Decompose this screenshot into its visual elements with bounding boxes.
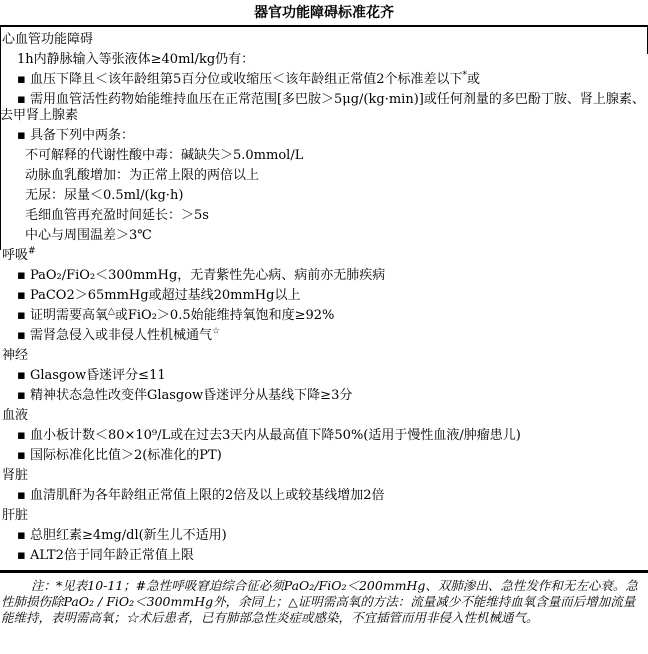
text-run: ▪ 血清肌酐为各年龄组正常值上限的2倍及以上或较基线增加2倍 <box>17 488 385 503</box>
text-run: ▪ 国际标准化比值＞2(标准化的PT) <box>17 448 222 463</box>
text-run: ▪ 血小板计数＜80×10⁹/L或在过去3天内从最高值下降50%(适用于慢性血液… <box>17 428 521 443</box>
text-run: 毛细血管再充盈时间延长：＞5s <box>25 208 209 223</box>
text-run: 呼吸 <box>2 248 28 263</box>
text-run: 中心与周围温差＞3℃ <box>25 228 152 243</box>
table-row: 无尿：尿量＜0.5ml/(kg·h) <box>0 188 646 204</box>
text-run: ▪ 精神状态急性改变伴Glasgow昏迷评分从基线下降≥3分 <box>17 388 352 403</box>
text-run: 1h内静脉输入等张液体≥40ml/kg仍有： <box>17 52 254 67</box>
text-run: ▪ 需肾急侵入或非侵人性机械通气 <box>17 328 212 343</box>
text-run: ▪ ALT2倍于同年龄正常值上限 <box>17 548 194 563</box>
table-row: ▪ Glasgow昏迷评分≤11 <box>0 368 646 384</box>
table-row: 不可解释的代谢性酸中毒：碱缺失＞5.0mmol/L <box>0 148 646 164</box>
text-run: ▪ PaCO2＞65mmHg或超过基线20mmHg以上 <box>17 288 300 303</box>
table-row: ▪ 需用血管活性药物始能维持血压在正常范围[多巴胺＞5μg/(kg·min)]或… <box>0 92 646 124</box>
superscript-marker: # <box>28 247 36 257</box>
table-row: 肝脏 <box>0 508 646 524</box>
criteria-rows: 心血管功能障碍1h内静脉输入等张液体≥40ml/kg仍有：▪ 血压下降且＜该年龄… <box>0 32 646 564</box>
table-row: 呼吸# <box>0 248 646 264</box>
text-run: ▪ 总胆红素≥4mg/dl(新生儿不适用) <box>17 528 227 543</box>
text-run: ▪ 证明需要高氧 <box>17 308 108 323</box>
table-row: 中心与周围温差＞3℃ <box>0 228 646 244</box>
left-border-artifact <box>0 26 1 250</box>
text-run: 动脉血乳酸增加：为正常上限的两倍以上 <box>25 168 259 183</box>
text-run: ▪ PaO₂/FiO₂＜300mmHg，无青紫性先心病、病前亦无肺疾病 <box>17 268 385 283</box>
text-run: 无尿：尿量＜0.5ml/(kg·h) <box>25 188 183 203</box>
table-row: 血液 <box>0 408 646 424</box>
text-run: 不可解释的代谢性酸中毒：碱缺失＞5.0mmol/L <box>25 148 303 163</box>
text-run: 血液 <box>2 408 28 423</box>
text-run: 心血管功能障碍 <box>2 32 93 47</box>
page-title: 器官功能障碍标准花齐 <box>0 0 648 23</box>
text-run: 肾脏 <box>2 468 28 483</box>
superscript-marker: △ <box>108 307 115 317</box>
table-row: 动脉血乳酸增加：为正常上限的两倍以上 <box>0 168 646 184</box>
document-page: 器官功能障碍标准花齐 心血管功能障碍1h内静脉输入等张液体≥40ml/kg仍有：… <box>0 0 648 654</box>
table-row: ▪ 血压下降且＜该年龄组第5百分位或收缩压＜该年龄组正常值2个标准差以下*或 <box>0 72 646 88</box>
table-row: ▪ PaCO2＞65mmHg或超过基线20mmHg以上 <box>0 288 646 304</box>
text-run: 肝脏 <box>2 508 28 523</box>
footnote: 注：*见表10-11；#急性呼吸窘迫综合征必须PaO₂/FiO₂＜200mmHg… <box>1 578 647 626</box>
table-row: ▪ 总胆红素≥4mg/dl(新生儿不适用) <box>0 528 646 544</box>
table-row: 神经 <box>0 348 646 364</box>
table-row: 肾脏 <box>0 468 646 484</box>
footnote-run: 注：*见表10-11；#急性呼吸窘迫综合征必须PaO₂/FiO₂＜200mmHg… <box>1 578 638 625</box>
table-row: ▪ 精神状态急性改变伴Glasgow昏迷评分从基线下降≥3分 <box>0 388 646 404</box>
text-run: 或 <box>467 72 480 87</box>
text-run: 神经 <box>2 348 28 363</box>
table-row: ▪ 证明需要高氧△或FiO₂＞0.5始能维持氧饱和度≥92% <box>0 308 646 324</box>
table-row: 心血管功能障碍 <box>0 32 646 48</box>
table-row: ▪ ALT2倍于同年龄正常值上限 <box>0 548 646 564</box>
criteria-table: 心血管功能障碍1h内静脉输入等张液体≥40ml/kg仍有：▪ 血压下降且＜该年龄… <box>0 25 648 573</box>
table-row: ▪ 具备下列中两条： <box>0 128 646 144</box>
table-row: ▪ PaO₂/FiO₂＜300mmHg，无青紫性先心病、病前亦无肺疾病 <box>0 268 646 284</box>
text-run: ▪ 需用血管活性药物始能维持血压在正常范围[多巴胺＞5μg/(kg·min)]或… <box>0 92 645 123</box>
superscript-marker: ☆ <box>212 327 220 337</box>
text-run: ▪ 血压下降且＜该年龄组第5百分位或收缩压＜该年龄组正常值2个标准差以下 <box>17 72 463 87</box>
table-row: ▪ 血清肌酐为各年龄组正常值上限的2倍及以上或较基线增加2倍 <box>0 488 646 504</box>
table-row: ▪ 需肾急侵入或非侵人性机械通气☆ <box>0 328 646 344</box>
table-row: ▪ 国际标准化比值＞2(标准化的PT) <box>0 448 646 464</box>
table-row: ▪ 血小板计数＜80×10⁹/L或在过去3天内从最高值下降50%(适用于慢性血液… <box>0 428 646 444</box>
text-run: ▪ 具备下列中两条： <box>17 128 134 143</box>
text-run: 或FiO₂＞0.5始能维持氧饱和度≥92% <box>115 308 335 323</box>
text-run: ▪ Glasgow昏迷评分≤11 <box>17 368 166 383</box>
table-row: 1h内静脉输入等张液体≥40ml/kg仍有： <box>0 52 646 68</box>
table-row: 毛细血管再充盈时间延长：＞5s <box>0 208 646 224</box>
